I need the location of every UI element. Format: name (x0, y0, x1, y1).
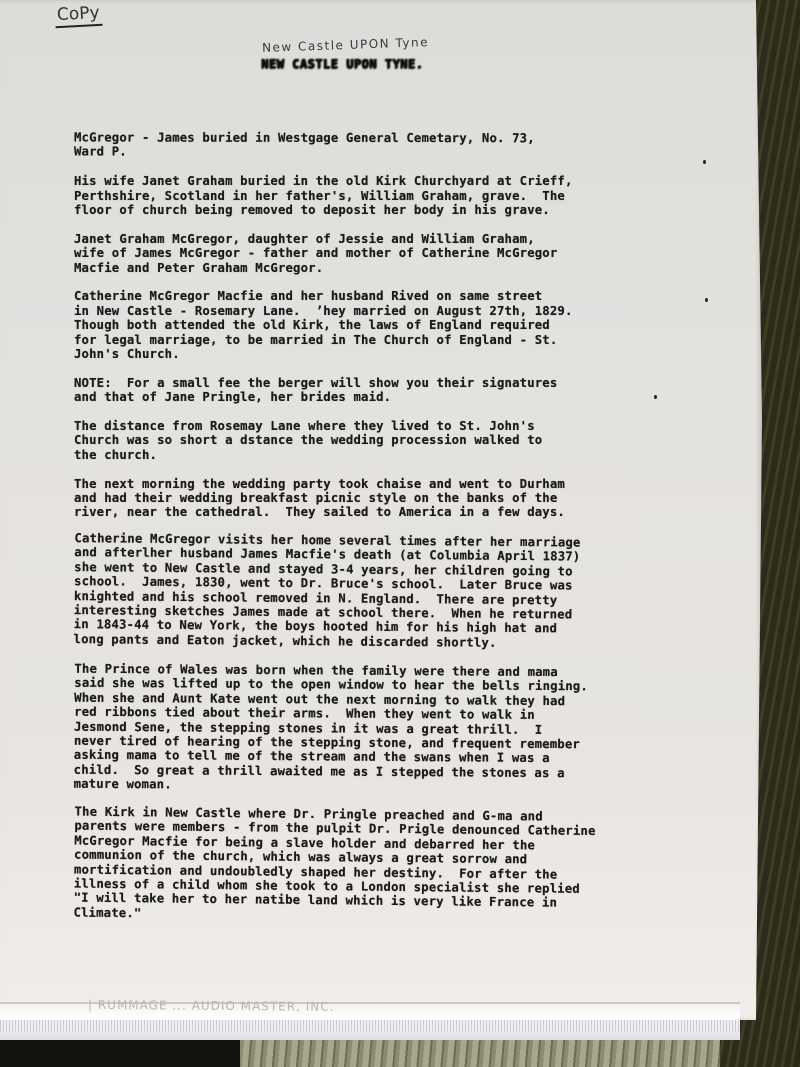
text-line: Church was so short a dstance the weddin… (74, 433, 734, 447)
document-body: McGregor - James buried in Westgage Gene… (74, 131, 734, 938)
wooden-plank (240, 1040, 720, 1067)
paragraph-burial-james: McGregor - James buried in Westgage Gene… (74, 130, 734, 160)
ink-speck (705, 298, 708, 302)
text-line: John's Church. (74, 347, 734, 361)
text-line: The next morning the wedding party took … (74, 477, 734, 491)
text-line: floor of church being removed to deposit… (74, 203, 734, 217)
text-line: Janet Graham McGregor, daughter of Jessi… (74, 232, 734, 246)
paragraph-distance: The distance from Rosemay Lane where the… (74, 419, 734, 462)
text-line: and had their wedding breakfast picnic s… (74, 491, 734, 505)
paragraph-visits: Catherine McGregor visits her home sever… (74, 531, 735, 652)
text-line: river, near the cathedral. They sailed t… (74, 505, 734, 519)
paragraph-marriage: Catherine McGregor Macfie and her husban… (74, 289, 734, 361)
text-line: the church. (74, 448, 734, 462)
paragraph-burial-janet: His wife Janet Graham buried in the old … (74, 174, 734, 217)
paragraph-kirk: The Kirk in New Castle where Dr. Pringle… (73, 805, 734, 927)
text-line: The distance from Rosemay Lane where the… (74, 419, 734, 433)
copy-annotation: CoPy (54, 3, 102, 28)
text-line: Perthshire, Scotland in her father's, Wi… (74, 189, 734, 203)
text-line: Though both attended the old Kirk, the l… (74, 318, 734, 332)
paragraph-note: NOTE: For a small fee the berger will sh… (74, 376, 734, 405)
ink-speck (703, 160, 706, 164)
text-line: in New Castle - Rosemary Lane. ʼhey marr… (74, 304, 734, 318)
text-line: Ward P. (74, 145, 734, 161)
typed-title: NEW CASTLE UPON TYNE. (261, 57, 423, 71)
paragraph-prince-of-wales: The Prince of Wales was born when the fa… (74, 662, 735, 796)
paragraph-lineage: Janet Graham McGregor, daughter of Jessi… (74, 232, 734, 275)
plastic-sleeve-binding (0, 1020, 740, 1032)
paragraph-wedding-breakfast: The next morning the wedding party took … (74, 477, 734, 520)
text-line: for legal marriage, to be married in The… (74, 333, 734, 347)
text-line: NOTE: For a small fee the berger will sh… (74, 376, 734, 390)
text-line: Macfie and Peter Graham McGregor. (74, 261, 734, 275)
text-line: His wife Janet Graham buried in the old … (74, 174, 734, 188)
text-line: McGregor - James buried in Westgage Gene… (74, 130, 734, 146)
text-line: Catherine McGregor Macfie and her husban… (74, 289, 734, 303)
ink-speck (654, 395, 657, 399)
text-line: and that of Jane Pringle, her brides mai… (74, 390, 734, 404)
text-line: wife of James McGregor - father and moth… (74, 246, 734, 260)
